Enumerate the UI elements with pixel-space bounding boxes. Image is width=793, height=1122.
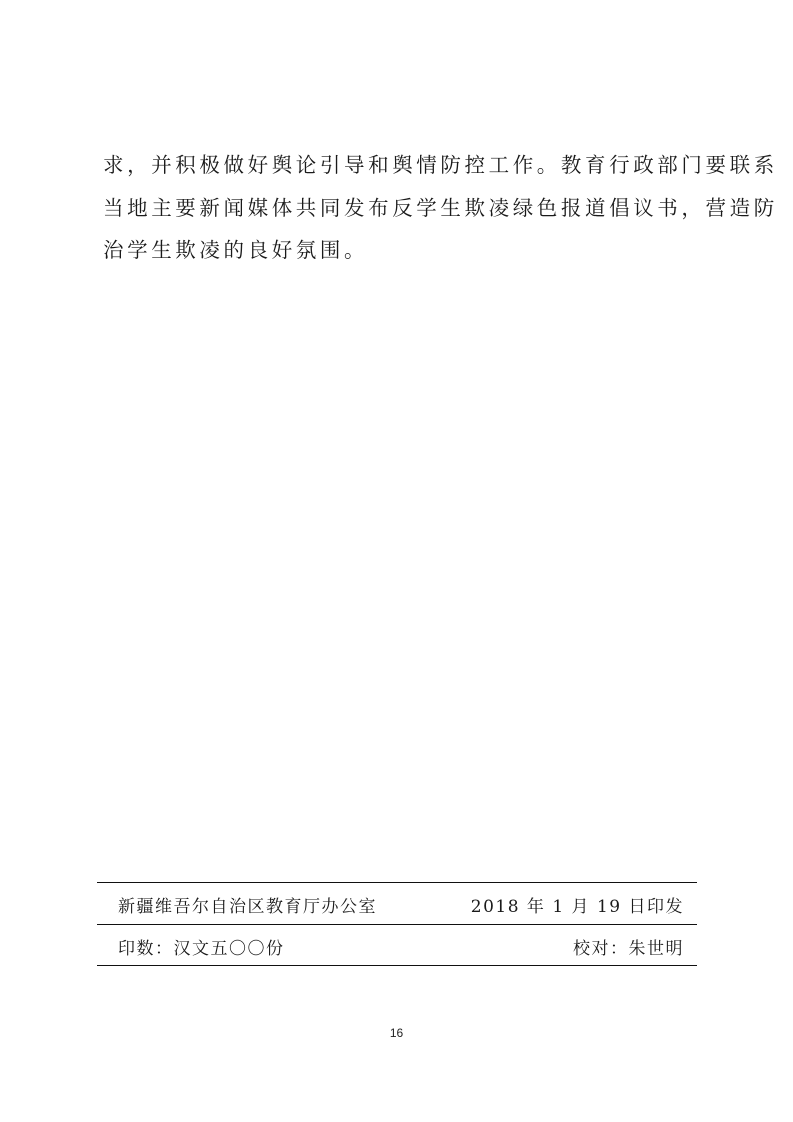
- body-paragraph: 求，并积极做好舆论引导和舆情防控工作。教育行政部门要联系 当地主要新闻媒体共同发…: [103, 144, 703, 272]
- body-line: 当地主要新闻媒体共同发布反学生欺凌绿色报道倡议书，营造防: [103, 187, 703, 230]
- proofreader: 校对：朱世明: [573, 934, 684, 959]
- print-count: 印数：汉文五〇〇份: [118, 934, 285, 959]
- footer-middle-rule: [97, 924, 697, 925]
- body-line: 治学生欺凌的良好氛围。: [103, 229, 703, 272]
- footer-bottom-rule: [97, 965, 697, 966]
- issue-date: 2018 年 1 月 19 日印发: [471, 892, 684, 917]
- footer-print-row: 印数：汉文五〇〇份 校对：朱世明: [118, 926, 684, 966]
- footer-top-rule: [97, 882, 697, 883]
- issuer-label: 新疆维吾尔自治区教育厅办公室: [118, 892, 377, 917]
- body-line: 求，并积极做好舆论引导和舆情防控工作。教育行政部门要联系: [103, 144, 703, 187]
- page-number: 16: [0, 1026, 793, 1040]
- footer-issue-row: 新疆维吾尔自治区教育厅办公室 2018 年 1 月 19 日印发: [118, 884, 684, 924]
